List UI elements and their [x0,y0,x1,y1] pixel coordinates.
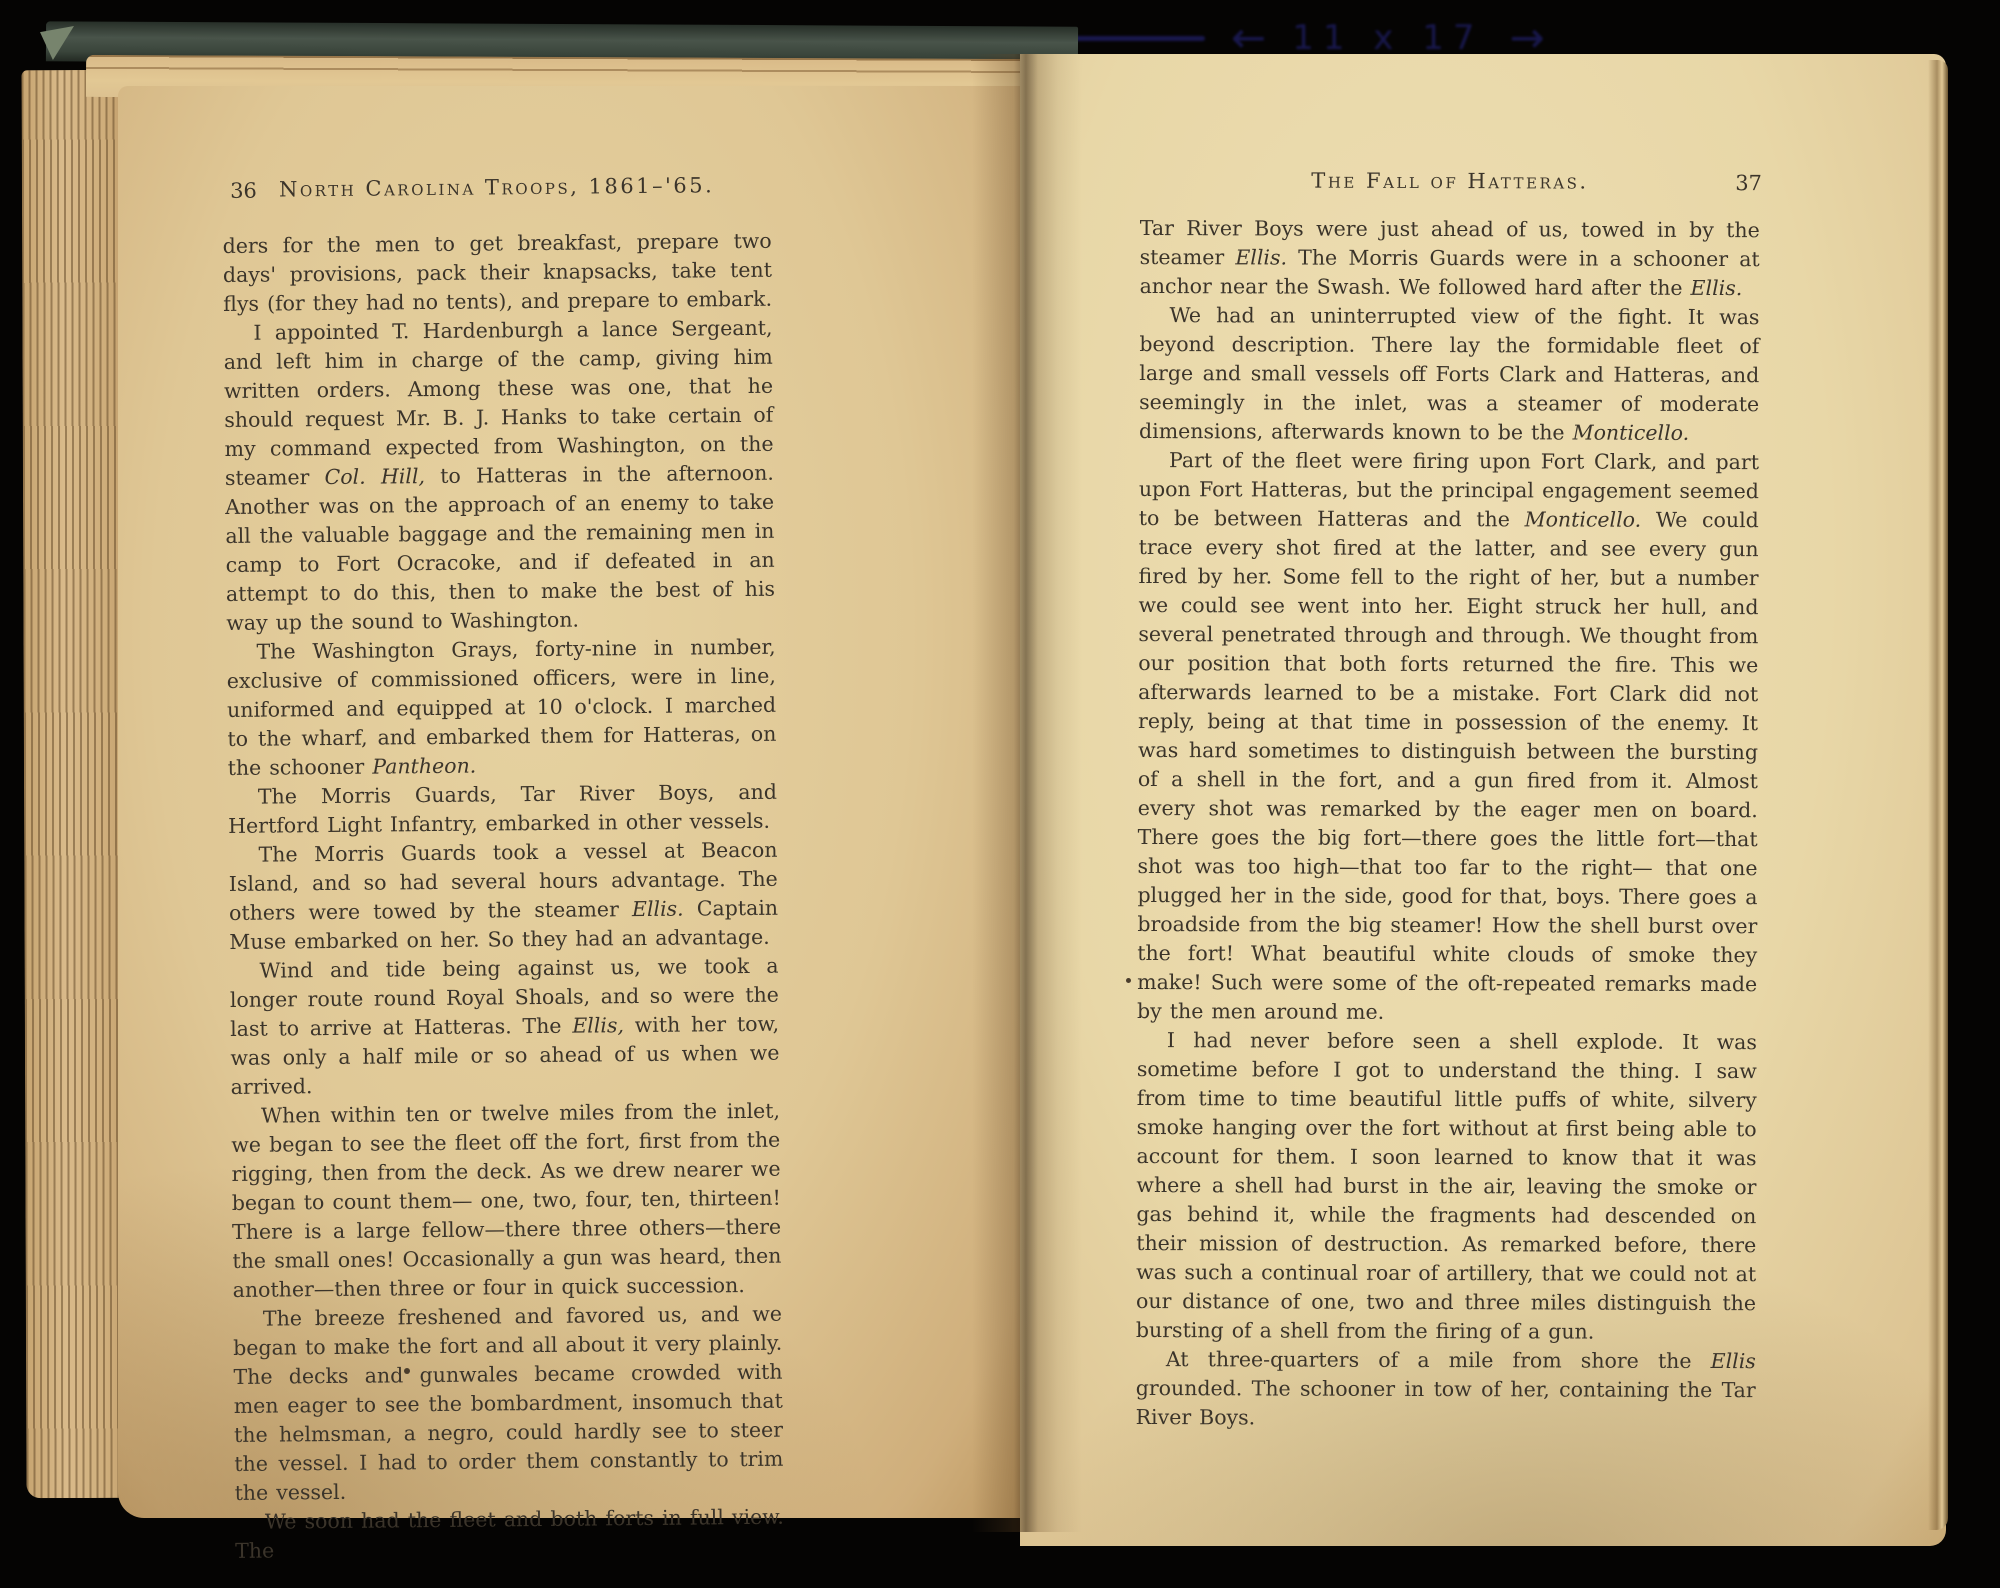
left-arrow-icon: ← [1231,17,1266,59]
text-run: The Morris Guards, Tar River Boys, and H… [228,780,777,838]
book-spread: ← 11 x 17 → 36 North Carolina Troops, 18… [0,0,2000,1588]
paragraph: We had an uninterrupted view of the figh… [1139,301,1760,448]
text-run: When within ten or twelve miles from the… [231,1099,781,1302]
paragraph: The Morris Guards took a vessel at Beaco… [228,836,778,957]
left-page-text: ders for the men to get breakfast, prepa… [223,227,785,1566]
left-running-title: North Carolina Troops, 1861–'65. [222,173,771,202]
paragraph: The Morris Guards, Tar River Boys, and H… [228,778,778,841]
italic-run: Ellis [1711,1349,1756,1373]
right-page-content: The Fall of Hatteras. 37 Tar River Boys … [1136,168,1760,1434]
italic-run: Col. Hill, [324,464,425,489]
text-run: The breeze freshened and favored us, and… [233,1302,783,1505]
text-run: At three-quarters of a mile from shore t… [1166,1347,1711,1373]
italic-run: Pantheon. [372,754,476,779]
text-run: We soon had the fleet and both forts in … [235,1505,784,1563]
text-run: I had never before seen a shell explode.… [1136,1028,1757,1343]
italic-run: Monticello. [1525,507,1642,531]
paragraph: Tar River Boys were just ahead of us, to… [1140,214,1760,303]
left-page-number: 36 [230,179,257,203]
paragraph: Part of the fleet were firing upon Fort … [1137,446,1759,1028]
paragraph: I had never before seen a shell explode.… [1136,1026,1757,1347]
paragraph: The breeze freshened and favored us, and… [233,1300,784,1508]
left-page-content: 36 North Carolina Troops, 1861–'65. ders… [222,173,784,1566]
text-run: We could trace every shot fired at the l… [1137,508,1759,1024]
left-page-header: 36 North Carolina Troops, 1861–'65. [222,173,771,208]
right-running-title: The Fall of Hatteras. [1140,168,1760,194]
annotation-label: 11 x 17 [1292,18,1483,58]
paragraph: I appointed T. Hardenburgh a lance Serge… [223,314,775,638]
paragraph: We soon had the fleet and both forts in … [235,1503,785,1566]
right-page-text: Tar River Boys were just ahead of us, to… [1136,214,1760,1434]
right-arrow-icon: → [1509,17,1544,59]
right-page-number: 37 [1735,171,1762,195]
gutter-shadow [972,54,1082,1532]
paragraph: ders for the men to get breakfast, prepa… [223,227,773,319]
right-page-edge [1928,60,1948,1530]
italic-run: Ellis, [572,1013,624,1037]
italic-run: Ellis. [632,897,684,921]
paragraph: When within ten or twelve miles from the… [231,1097,782,1305]
text-run: grounded. The schooner in tow of her, co… [1136,1376,1756,1429]
italic-run: Ellis. [1235,245,1287,269]
italic-run: Monticello. [1573,421,1690,445]
paragraph: At three-quarters of a mile from shore t… [1136,1345,1756,1434]
text-run: ders for the men to get breakfast, prepa… [223,229,773,316]
paragraph: The Washington Grays, forty-nine in numb… [226,633,776,783]
paragraph: Wind and tide being against us, we took … [229,952,779,1102]
italic-run: Ellis. [1691,276,1743,300]
paper-speck [404,1368,410,1374]
right-page-header: The Fall of Hatteras. 37 [1140,168,1760,200]
paper-speck [1126,978,1131,983]
text-run: The Washington Grays, forty-nine in numb… [227,635,777,780]
